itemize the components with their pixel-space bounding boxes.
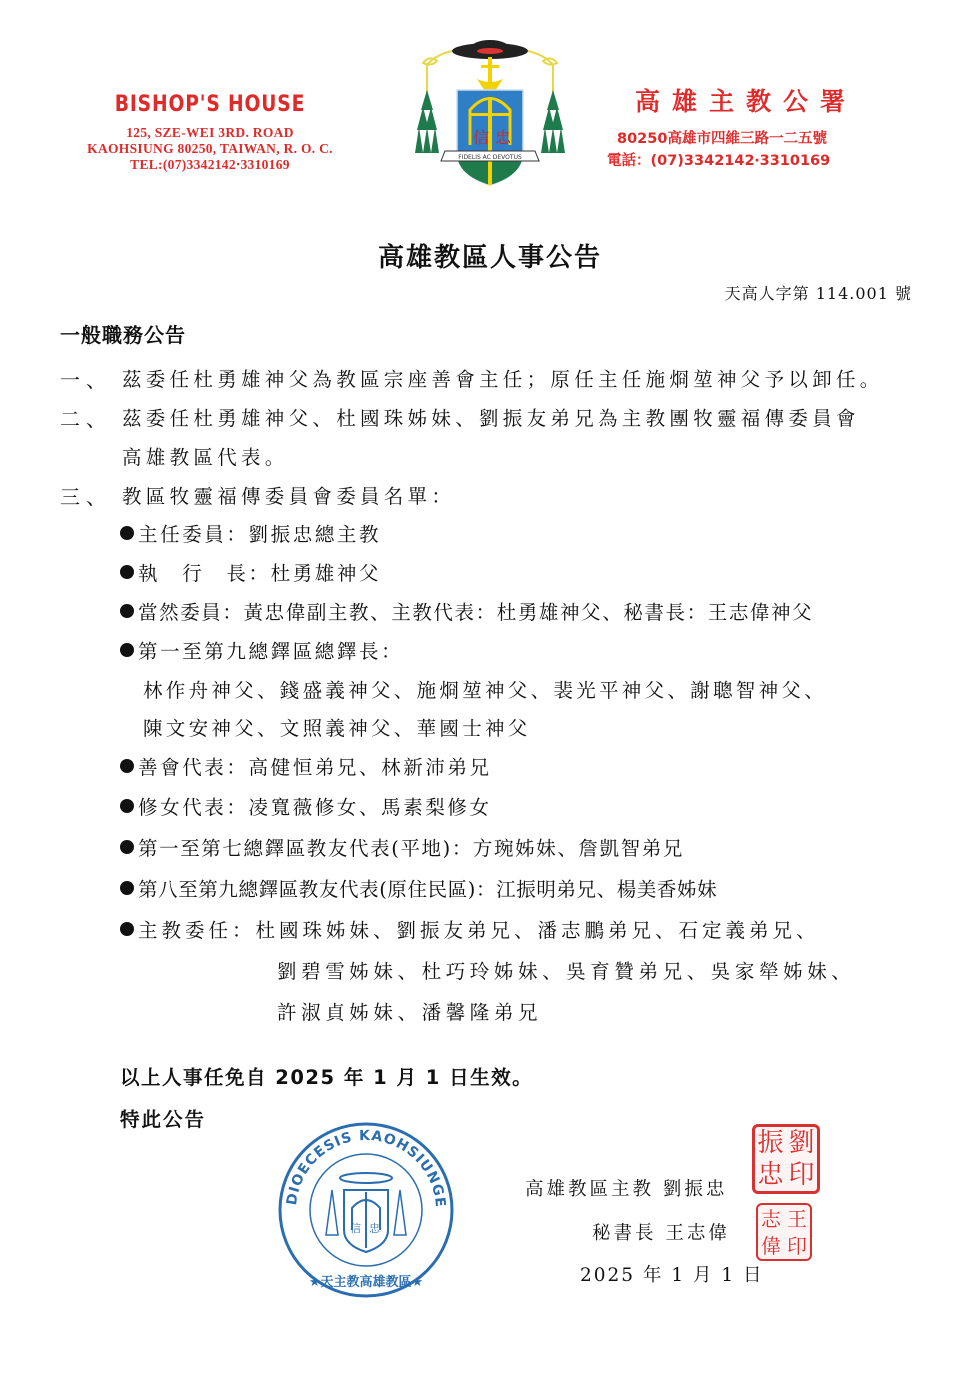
committee-deans-line-1: 林作舟神父、錢盛義神父、施烱堃神父、裴光平神父、謝聰智神父、	[143, 676, 827, 706]
letterhead-chinese: 高雄主教公署 80250高雄市四維三路一二五號 電話：(07)3342142‧3…	[605, 82, 895, 172]
committee-role: 善會代表：	[138, 756, 249, 779]
document-title: 高雄教區人事公告	[0, 237, 980, 274]
committee-members: 凌寬薇修女、馬素梨修女	[249, 796, 492, 819]
committee-deans-line-2: 陳文安神父、文照義神父、華國士神父	[143, 714, 531, 744]
committee-members: 江振明弟兄、楊美香姊妹	[496, 878, 717, 901]
committee-role: 主任委員：	[138, 523, 249, 546]
committee-bishop-appointed-line-1: 劉碧雪姊妹、杜巧玲姊妹、吳育贊弟兄、吳家犖姊妹、	[277, 957, 855, 987]
committee-row-laity-indigenous: 第八至第九總鐸區教友代表(原住民區)：江振明弟兄、楊美香姊妹	[120, 875, 717, 905]
bullet-icon	[120, 643, 134, 657]
letterhead-english-address-2: KAOHSIUNG 80250, TAIWAN, R. O. C.	[60, 141, 360, 157]
bullet-icon	[120, 840, 134, 854]
committee-members: 劉振忠總主教	[249, 523, 382, 546]
committee-role: 執 行 長：	[138, 562, 271, 585]
section-heading: 一般職務公告	[60, 319, 186, 348]
bullet-icon	[120, 565, 134, 579]
letterhead-chinese-tel: 電話：(07)3342142‧3310169	[605, 150, 895, 172]
item-2-text-line-1: 茲委任杜勇雄神父、杜國珠姊妹、劉振友弟兄為主教團牧靈福傳委員會	[122, 404, 860, 434]
letterhead-english-name: BISHOP'S HOUSE	[83, 92, 338, 117]
committee-role: 當然委員：	[138, 601, 244, 624]
closing-statement: 特此公告	[120, 1104, 206, 1132]
committee-row-ex-officio: 當然委員：黃忠偉副主教、主教代表：杜勇雄神父、秘書長：王志偉神父	[120, 598, 813, 628]
committee-row-sisters: 修女代表：凌寬薇修女、馬素梨修女	[120, 793, 492, 823]
bullet-icon	[120, 799, 134, 813]
svg-text:DIOECESIS KAOHSIUNGENSIS. TAIW: DIOECESIS KAOHSIUNGENSIS. TAIWAN	[276, 1120, 448, 1209]
committee-members: 黃忠偉副主教、主教代表：杜勇雄神父、秘書長：王志偉神父	[244, 601, 814, 624]
committee-row-laity-plains: 第一至第七總鐸區教友代表(平地)：方琬姊妹、詹凱智弟兄	[120, 834, 684, 864]
committee-bishop-appointed-line-2: 許淑貞姊妹、潘馨隆弟兄	[277, 998, 542, 1028]
item-1-text: 茲委任杜勇雄神父為教區宗座善會主任；原任主任施烱堃神父予以卸任。	[122, 365, 884, 395]
bishop-signature: 高雄教區主教 劉振忠	[525, 1175, 727, 1201]
bullet-icon	[120, 922, 134, 936]
letterhead-chinese-name: 高雄主教公署	[605, 82, 895, 118]
letterhead-english-address-1: 125, SZE-WEI 3RD. ROAD	[60, 125, 360, 141]
item-3-number: 三、	[60, 482, 112, 512]
committee-members: 方琬姊妹、詹凱智弟兄	[473, 837, 684, 860]
letterhead-english: BISHOP'S HOUSE 125, SZE-WEI 3RD. ROAD KA…	[60, 92, 360, 173]
bullet-icon	[120, 604, 134, 618]
bishop-coat-of-arms-icon: 信 忠 FIDELIS AC DEVOTUS	[415, 35, 565, 190]
committee-role: 第一至第七總鐸區教友代表(平地)：	[138, 837, 473, 860]
svg-text:信: 信	[473, 128, 489, 147]
committee-members: 杜勇雄神父	[271, 562, 382, 585]
effective-statement: 以上人事任免自 2025 年 1 月 1 日生效。	[120, 1062, 533, 1090]
bullet-icon	[120, 526, 134, 540]
svg-text:忠: 忠	[369, 1221, 381, 1235]
item-3-text: 教區牧靈福傳委員會委員名單：	[122, 482, 455, 512]
committee-role: 修女代表：	[138, 796, 249, 819]
signature-date: 2025 年 1 月 1 日	[580, 1261, 764, 1287]
item-1-number: 一、	[60, 365, 112, 395]
committee-row-chair: 主任委員：劉振忠總主教	[120, 520, 381, 550]
committee-row-association: 善會代表：高健恒弟兄、林新沛弟兄	[120, 753, 492, 783]
svg-text:信: 信	[350, 1221, 361, 1235]
item-2-number: 二、	[60, 404, 112, 434]
secretary-signature: 秘書長 王志偉	[592, 1219, 730, 1245]
committee-role: 主教委任：	[138, 919, 256, 942]
bishop-chop-seal-icon: 振劉 忠印	[752, 1124, 820, 1194]
svg-text:FIDELIS AC DEVOTUS: FIDELIS AC DEVOTUS	[458, 154, 522, 161]
letterhead-chinese-address: 80250高雄市四維三路一二五號	[605, 128, 895, 150]
bullet-icon	[120, 759, 134, 773]
svg-text:忠: 忠	[495, 128, 512, 147]
letterhead-english-tel: TEL:(07)3342142‧3310169	[60, 157, 360, 173]
committee-row-bishop-appointed: 主教委任：杜國珠姊妹、劉振友弟兄、潘志鵬弟兄、石定義弟兄、	[120, 916, 820, 946]
committee-row-executive: 執 行 長：杜勇雄神父	[120, 559, 381, 589]
committee-role: 第八至第九總鐸區教友代表(原住民區)：	[138, 878, 496, 901]
committee-role: 第一至第九總鐸區總鐸長：	[138, 640, 403, 663]
item-2-text-line-2: 高雄教區代表。	[122, 443, 289, 473]
committee-members: 高健恒弟兄、林新沛弟兄	[249, 756, 492, 779]
committee-row-deans: 第一至第九總鐸區總鐸長：	[120, 637, 403, 667]
svg-text:★天主教高雄教區★: ★天主教高雄教區★	[309, 1274, 423, 1290]
secretary-chop-seal-icon: 志王 偉印	[756, 1203, 812, 1261]
diocese-seal-icon: DIOECESIS KAOHSIUNGENSIS. TAIWAN ★天主教高雄教…	[276, 1120, 456, 1300]
bullet-icon	[120, 881, 134, 895]
committee-members: 杜國珠姊妹、劉振友弟兄、潘志鵬弟兄、石定義弟兄、	[256, 919, 820, 942]
document-number: 天高人字第 114.001 號	[725, 281, 912, 304]
